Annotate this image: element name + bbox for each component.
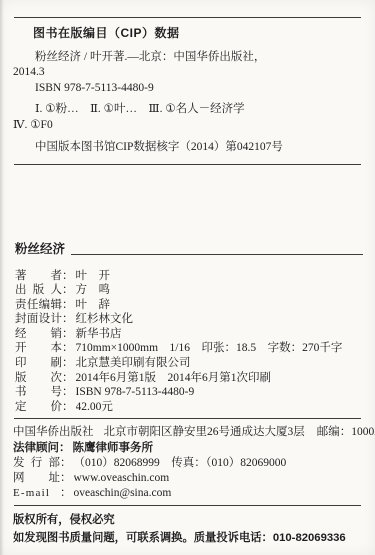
row-value: 710mm×1000mm 1/16 印张：18.5 字数：270千字 [76, 341, 364, 356]
colophon-row-format: 开本：710mm×1000mm 1/16 印张：18.5 字数：270千字 [15, 341, 363, 356]
row-label: 封面设计 [15, 312, 62, 327]
row-colon: ： [60, 486, 72, 501]
distribution-dept-row: 发行部：（010）82068999 传真：（010）82069000 [13, 456, 365, 471]
row-colon: ： [60, 471, 72, 486]
row-label: 开本 [15, 341, 62, 356]
contact-top-rule [14, 418, 361, 419]
colophon-row-distributor: 经销：新华书店 [15, 327, 363, 342]
legal-counsel-row: 法律顾问：陈鹰律师事务所 [13, 441, 365, 456]
colophon-row-author: 著者：叶 开 [15, 269, 363, 284]
row-colon: ： [62, 371, 74, 386]
row-colon: ： [62, 298, 74, 313]
row-value: 叶 开 [76, 269, 364, 284]
row-value: 红杉林文化 [76, 312, 364, 327]
row-label: 责任编辑 [15, 298, 62, 313]
row-label: 印刷 [15, 356, 62, 371]
postcode-value: 100028 [351, 426, 375, 438]
row-colon: ： [62, 400, 74, 415]
cip-block: 图书在版编目（CIP）数据 粉丝经济 / 叶开著.—北京：中国华侨出版社， 20… [13, 26, 361, 156]
website-url: www.oveaschin.com [74, 471, 366, 486]
row-value: 新华书店 [76, 327, 364, 342]
cip-bottom-rule [14, 164, 361, 165]
row-value: 北京慧美印刷有限公司 [76, 356, 364, 371]
cip-year-line: 2014.3 [13, 65, 361, 81]
postcode-label: 邮编： [317, 426, 352, 438]
copyright-notice-block: 版权所有，侵权必究 如发现图书质量问题，可联系调换。质量投诉电话：010-820… [13, 513, 365, 546]
title-rule [71, 254, 363, 255]
cip-isbn-line: ISBN 978-7-5113-4480-9 [35, 81, 361, 97]
row-colon: ： [62, 356, 74, 371]
contact-block: 中国华侨出版社北京市朝阳区静安里26号通成达大厦3层邮编：100028 法律顾问… [13, 425, 365, 501]
row-label: 定价 [15, 400, 62, 415]
row-colon: ： [60, 456, 72, 471]
row-value: （010）82068999 传真：（010）82069000 [74, 456, 366, 471]
email-row: E-mail：oveaschin@sina.com [13, 486, 365, 501]
cip-classification-line1: Ⅰ. ①粉… Ⅱ. ①叶… Ⅲ. ①名人－经济学 [35, 102, 361, 118]
colophon-row-price: 定价：42.00元 [15, 400, 363, 415]
legal-label: 法律顾问 [13, 441, 59, 456]
row-label: 发行部 [13, 456, 60, 471]
row-colon: ： [62, 341, 74, 356]
publisher-name: 中国华侨出版社 [13, 426, 94, 438]
email-address: oveaschin@sina.com [74, 486, 366, 501]
row-colon: ： [62, 327, 74, 342]
row-label: 出版人 [15, 283, 62, 298]
colophon-row-publisher-person: 出版人：方 鸣 [15, 283, 363, 298]
copyright-notice-line: 版权所有，侵权必究 [13, 513, 365, 528]
website-row: 网址：www.oveaschin.com [13, 471, 365, 486]
email-label: E-mail [13, 486, 60, 501]
row-value: 2014年6月第1版 2014年6月第1次印刷 [76, 371, 364, 386]
row-label: 版次 [15, 371, 62, 386]
row-colon: ： [62, 385, 74, 400]
row-label: 著者 [15, 269, 62, 284]
quality-complaint-line: 如发现图书质量问题，可联系调换。质量投诉电话：010-82069336 [13, 531, 365, 546]
row-label: 书号 [15, 385, 62, 400]
cip-book-line: 粉丝经济 / 叶开著.—北京：中国华侨出版社， [35, 50, 361, 66]
cip-record-number: 中国版本图书馆CIP数据核字（2014）第042107号 [35, 140, 361, 156]
cip-classification-line2: Ⅳ. ①F0 [13, 118, 361, 134]
colophon-row-isbn: 书号：ISBN 978-7-5113-4480-9 [15, 385, 363, 400]
publisher-address: 北京市朝阳区静安里26号通成达大厦3层 [104, 426, 305, 438]
notice-top-rule [14, 505, 361, 506]
row-colon: ： [62, 269, 74, 284]
row-value: 42.00元 [76, 400, 364, 415]
legal-value: 陈鹰律师事务所 [73, 441, 154, 456]
top-rule [14, 17, 361, 18]
book-title: 粉丝经济 [15, 239, 65, 257]
colophon-row-editor: 责任编辑：叶 辞 [15, 298, 363, 313]
row-value: 方 鸣 [76, 283, 364, 298]
row-colon: ： [59, 441, 71, 456]
book-title-row: 粉丝经济 [15, 239, 363, 257]
publisher-line: 中国华侨出版社北京市朝阳区静安里26号通成达大厦3层邮编：100028 [13, 425, 365, 440]
row-colon: ： [62, 283, 74, 298]
colophon-block: 著者：叶 开 出版人：方 鸣 责任编辑：叶 辞 封面设计：红杉林文化 经销：新华… [15, 269, 363, 415]
row-value: ISBN 978-7-5113-4480-9 [76, 385, 364, 400]
row-label: 经销 [15, 327, 62, 342]
cip-heading: 图书在版编目（CIP）数据 [33, 26, 361, 42]
copyright-page: 图书在版编目（CIP）数据 粉丝经济 / 叶开著.—北京：中国华侨出版社， 20… [0, 0, 375, 555]
colophon-row-cover-design: 封面设计：红杉林文化 [15, 312, 363, 327]
scan-edge-shadow [0, 0, 4, 555]
row-label: 网址 [13, 471, 60, 486]
row-colon: ： [62, 312, 74, 327]
row-value: 叶 辞 [76, 298, 364, 313]
colophon-row-edition: 版次：2014年6月第1版 2014年6月第1次印刷 [15, 371, 363, 386]
colophon-row-printer: 印刷：北京慧美印刷有限公司 [15, 356, 363, 371]
